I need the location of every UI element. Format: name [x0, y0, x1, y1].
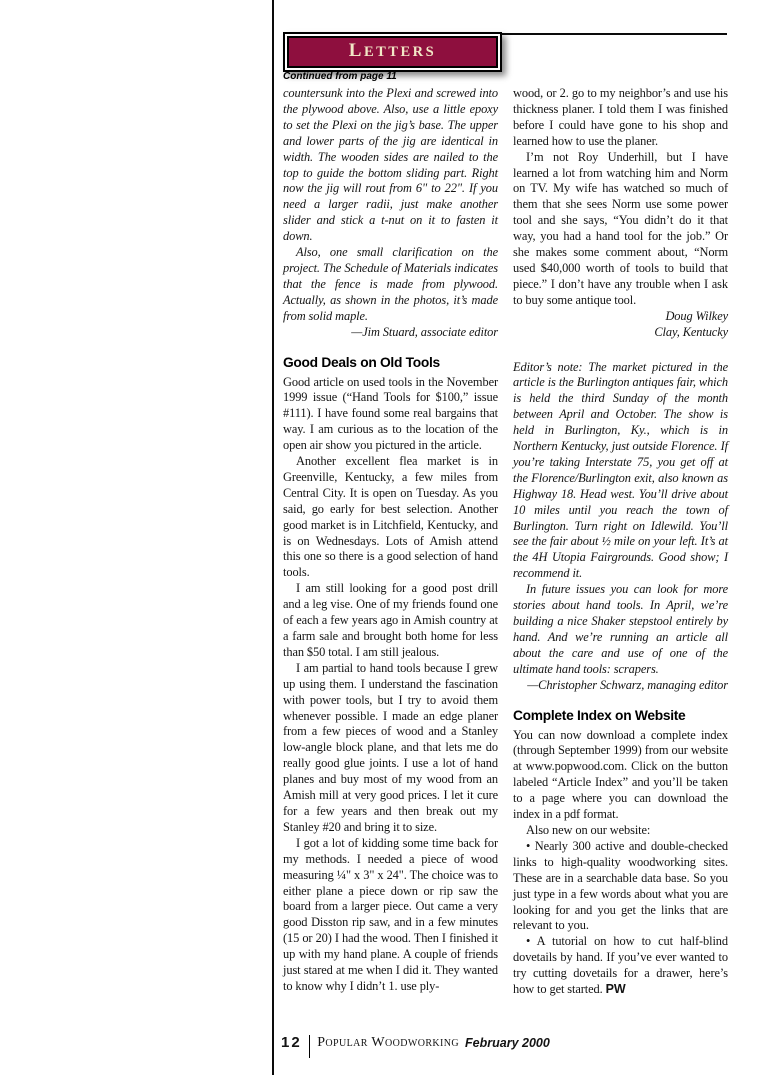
- page-number: 12: [281, 1034, 302, 1052]
- letter-paragraph: I got a lot of kidding some time back fo…: [283, 836, 498, 995]
- letter-heading-good-deals: Good Deals on Old Tools: [283, 354, 498, 371]
- editor-reply-paragraph: Also, one small clarification on the pro…: [283, 245, 498, 325]
- editors-note-paragraph: Editor’s note: The market pictured in th…: [513, 360, 728, 583]
- issue-date: February 2000: [465, 1034, 550, 1052]
- section-title-initial: L: [349, 40, 364, 61]
- letter-paragraph: I am partial to hand tools because I gre…: [283, 661, 498, 836]
- section-title-rest: ETTERS: [364, 44, 436, 60]
- magazine-page: LETTERS Continued from page 11 countersu…: [0, 0, 775, 1075]
- bullet-item: • Nearly 300 active and double-checked l…: [513, 839, 728, 934]
- editors-note-signature: —Christopher Schwarz, managing editor: [513, 678, 728, 694]
- magazine-name: Popular Woodworking: [317, 1034, 459, 1052]
- letter-paragraph: You can now download a complete index (t…: [513, 728, 728, 823]
- letter-paragraph: Good article on used tools in the Novemb…: [283, 375, 498, 455]
- letter-paragraph: I’m not Roy Underhill, but I have learne…: [513, 150, 728, 309]
- editor-reply-signature: —Jim Stuard, associate editor: [283, 325, 498, 341]
- end-of-article-mark: PW: [606, 982, 626, 996]
- letter-paragraph: Also new on our website:: [513, 823, 728, 839]
- letter-heading-website-index: Complete Index on Website: [513, 707, 728, 724]
- letters-banner-plate: LETTERS: [287, 36, 498, 68]
- letter-paragraph: I am still looking for a good post drill…: [283, 581, 498, 661]
- letter-signature-place: Clay, Kentucky: [513, 325, 728, 341]
- continued-from-note: Continued from page 11: [283, 71, 397, 82]
- right-column: wood, or 2. go to my neighbor’s and use …: [513, 86, 728, 998]
- header-rule: [500, 33, 727, 35]
- footer-divider: [309, 1035, 311, 1058]
- letter-paragraph: wood, or 2. go to my neighbor’s and use …: [513, 86, 728, 150]
- editor-reply-paragraph: countersunk into the Plexi and screwed i…: [283, 86, 498, 245]
- page-footer: 12 Popular Woodworking February 2000: [281, 1034, 550, 1058]
- letters-banner: LETTERS: [283, 32, 502, 72]
- letter-signature-name: Doug Wilkey: [513, 309, 728, 325]
- bullet-item: • A tutorial on how to cut half-blind do…: [513, 934, 728, 998]
- left-column: countersunk into the Plexi and screwed i…: [283, 86, 498, 995]
- letter-paragraph: Another excellent flea market is in Gree…: [283, 454, 498, 581]
- editors-note-paragraph: In future issues you can look for more s…: [513, 582, 728, 677]
- editors-note: Editor’s note: The market pictured in th…: [513, 360, 728, 694]
- left-page-rule: [272, 0, 274, 1075]
- letters-banner-inner-frame: LETTERS: [285, 34, 500, 70]
